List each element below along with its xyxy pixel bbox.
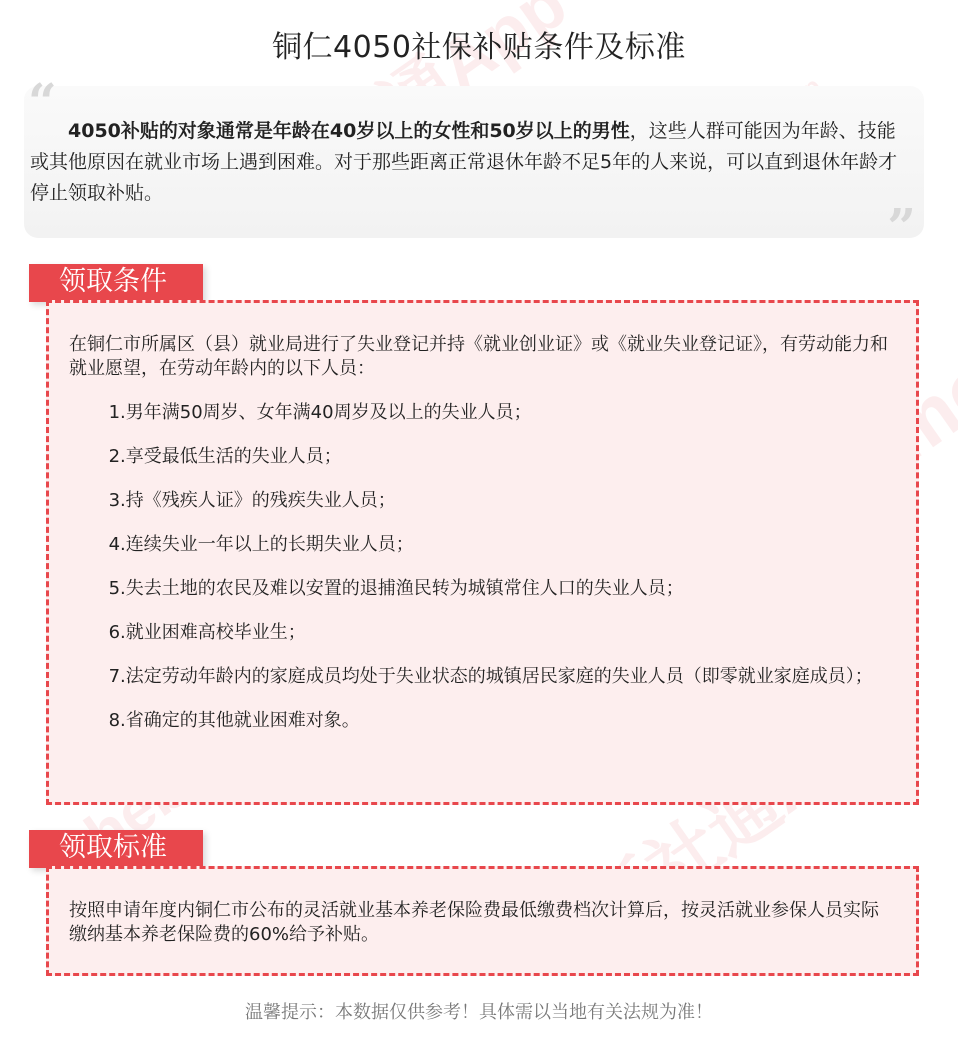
disclaimer-tip: 温馨提示：本数据仅供参考！具体需以当地有关法规为准！ (0, 998, 958, 1024)
intro-quote-box: “ 4050补贴的对象通常是年龄在40岁以上的女性和50岁以上的男性，这些人群可… (24, 86, 924, 238)
list-item: 4.连续失业一年以上的长期失业人员； (69, 533, 896, 557)
open-quote-icon: “ (28, 72, 57, 131)
conditions-heading: 领取条件 (29, 264, 203, 302)
list-item: 5.失去土地的农民及难以安置的退捕渔民转为城镇常住人口的失业人员； (69, 577, 896, 601)
list-item: 3.持《残疾人证》的残疾失业人员； (69, 489, 896, 513)
conditions-lead: 在铜仁市所属区（县）就业局进行了失业登记并持《就业创业证》或《就业失业登记证》，… (69, 333, 896, 381)
intro-bold-text: 4050补贴的对象通常是年龄在40岁以上的女性和50岁以上的男性 (68, 120, 630, 142)
list-item: 6.就业困难高校毕业生； (69, 621, 896, 645)
list-item: 7.法定劳动年龄内的家庭成员均处于失业状态的城镇居民家庭的失业人员（即零就业家庭… (69, 665, 896, 689)
list-item: 8.省确定的其他就业困难对象。 (69, 709, 896, 733)
list-item: 2.享受最低生活的失业人员； (69, 445, 896, 469)
conditions-box: 在铜仁市所属区（县）就业局进行了失业登记并持《就业创业证》或《就业失业登记证》，… (46, 300, 919, 805)
list-item: 1.男年满50周岁、女年满40周岁及以上的失业人员； (69, 401, 896, 425)
page-title: 铜仁4050社保补贴条件及标准 (0, 22, 958, 66)
standard-text: 按照申请年度内铜仁市公布的灵活就业基本养老保险费最低缴费档次计算后，按灵活就业参… (69, 899, 896, 947)
standard-box: 按照申请年度内铜仁市公布的灵活就业基本养老保险费最低缴费档次计算后，按灵活就业参… (46, 866, 919, 976)
standard-heading: 领取标准 (29, 830, 203, 868)
intro-paragraph: 4050补贴的对象通常是年龄在40岁以上的女性和50岁以上的男性，这些人群可能因… (30, 116, 910, 209)
close-quote-icon: ” (887, 197, 916, 256)
